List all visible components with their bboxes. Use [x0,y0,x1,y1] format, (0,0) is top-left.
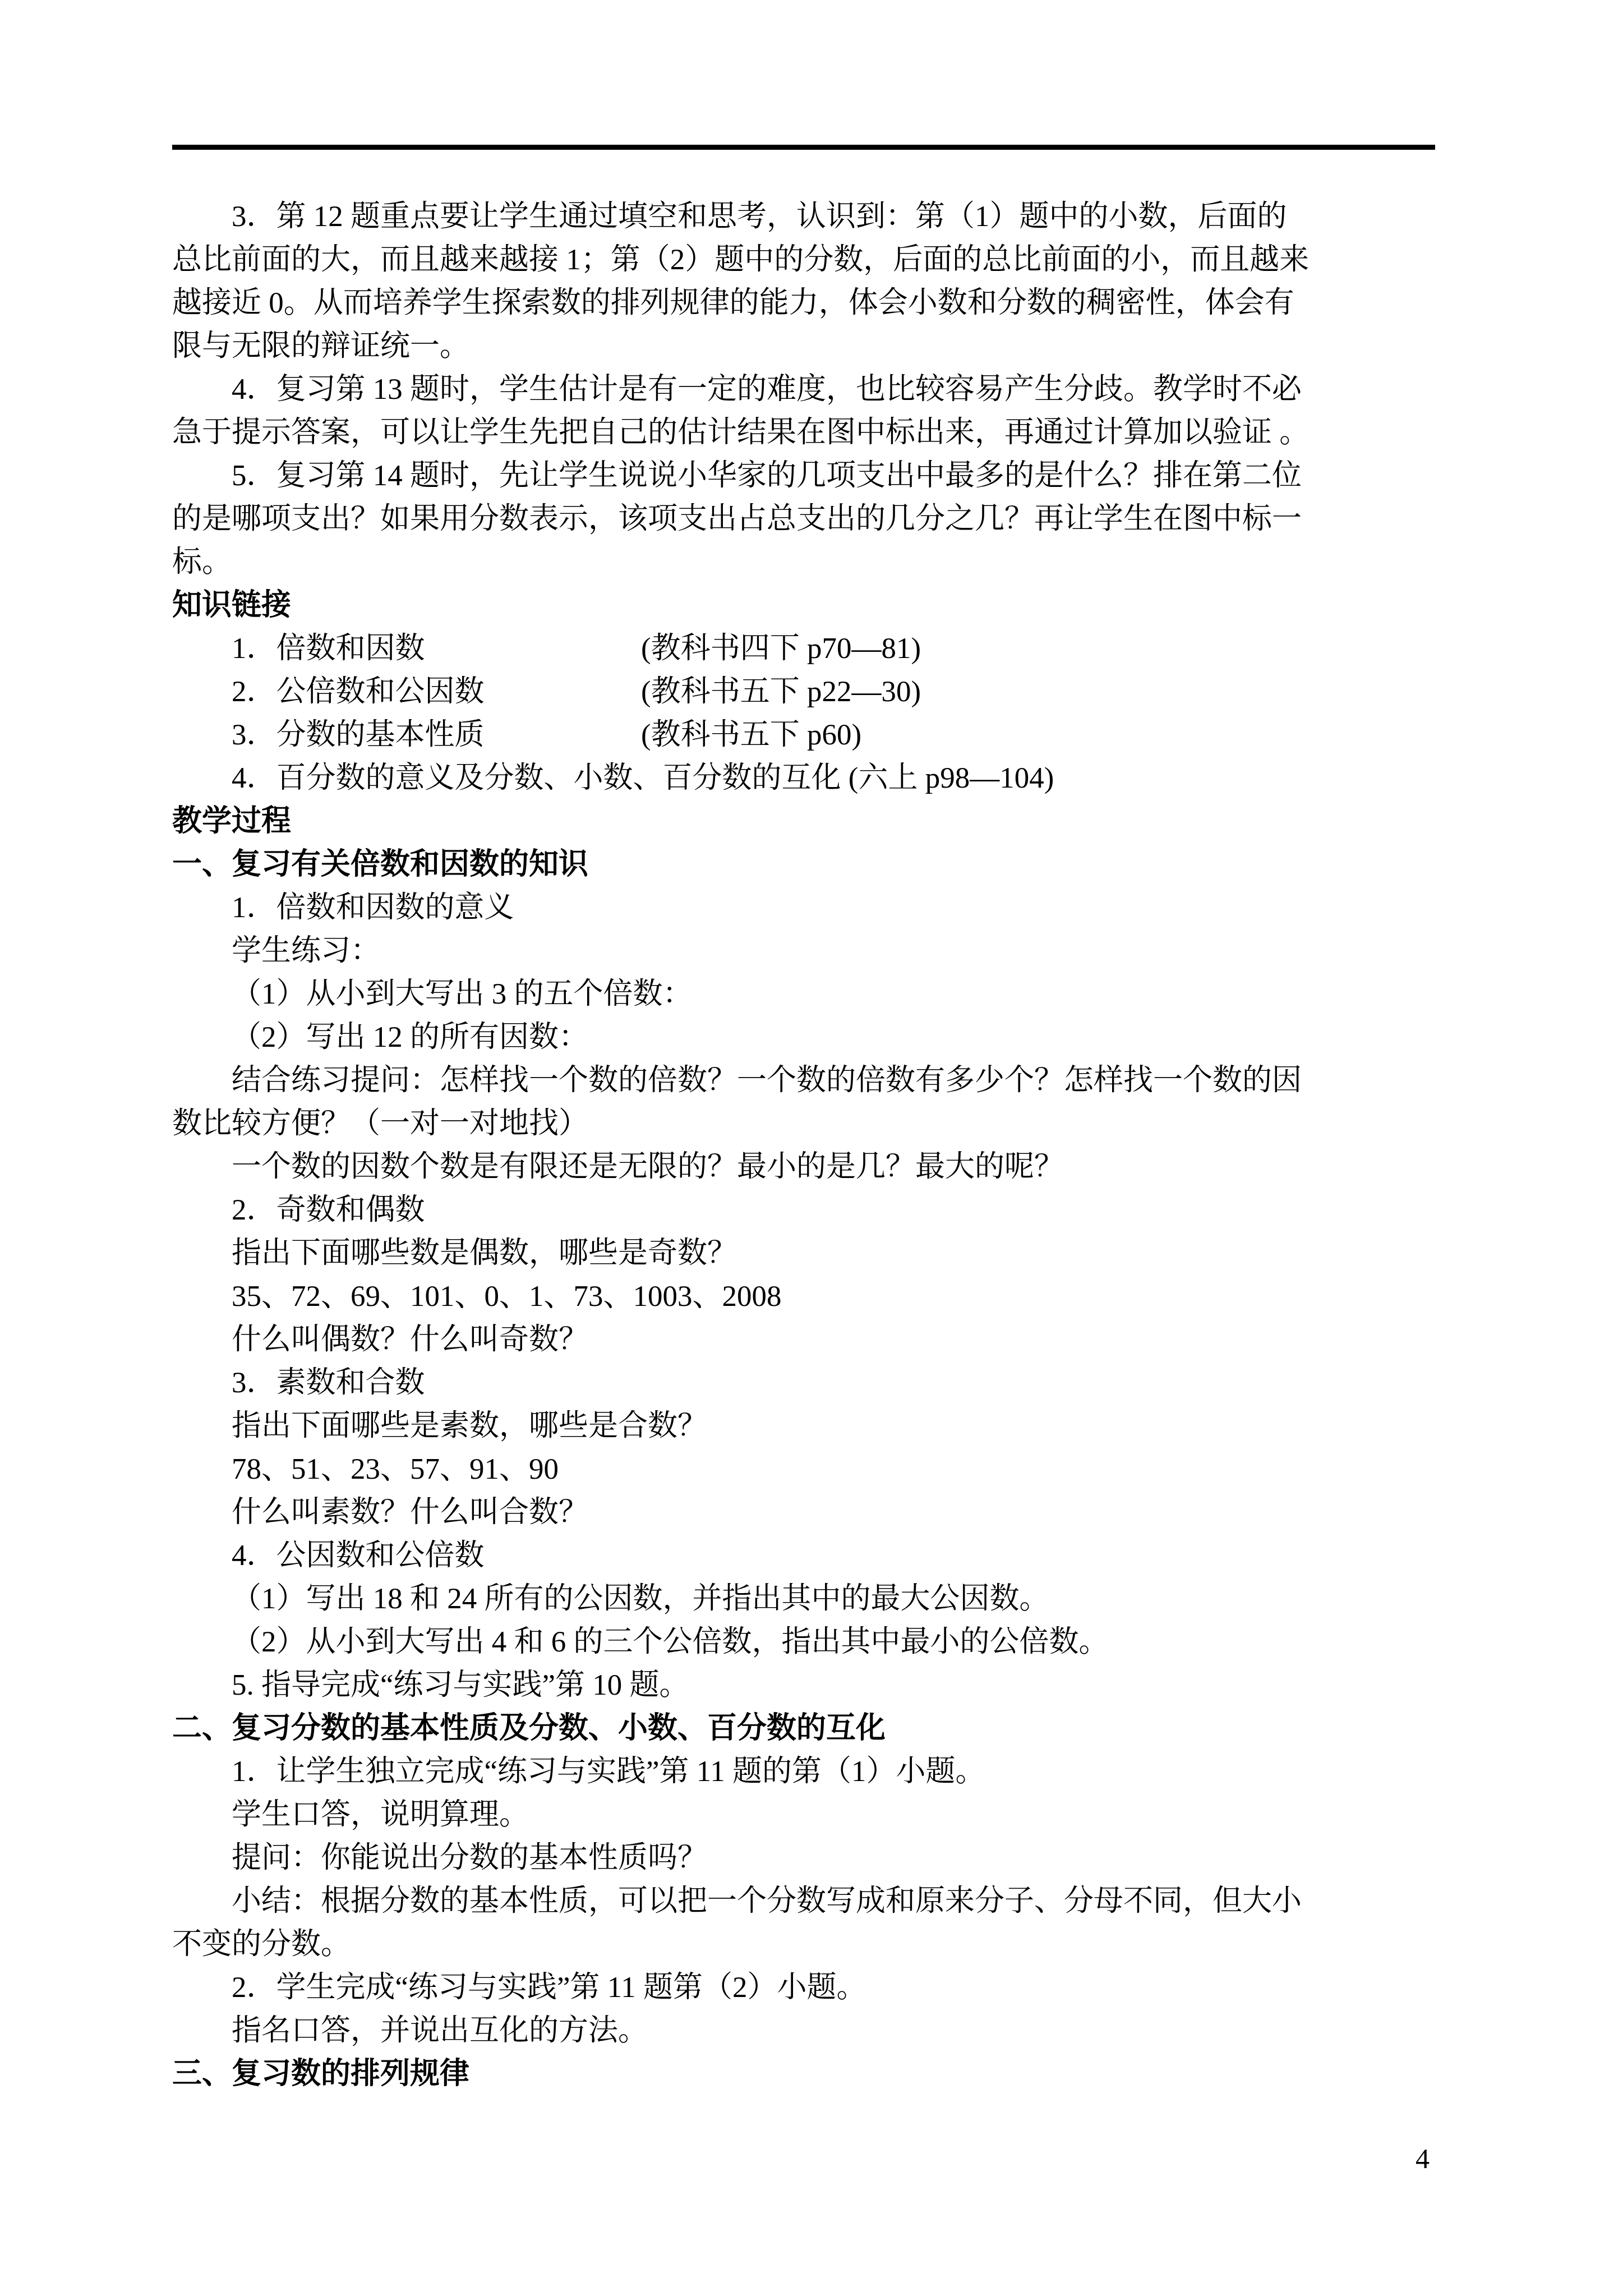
text-line: 学生口答，说明算理。 [172,1793,1435,1837]
text-line: 3．分数的基本性质(教科书五下 p60) [172,714,1435,757]
document-page: 3．第 12 题重点要让学生通过填空和思考，认识到：第（1）题中的小数，后面的总… [0,0,1623,2296]
text-line: 什么叫素数？什么叫合数？ [172,1491,1435,1534]
heading-line: 三、复习数的排列规律 [172,2053,1435,2096]
text-line: 限与无限的辩证统一。 [172,325,1435,368]
link-item-label: 2．公倍数和公因数 [232,670,641,714]
heading-line: 一、复习有关倍数和因数的知识 [172,843,1435,886]
text-line: 4．百分数的意义及分数、小数、百分数的互化 (六上 p98—104) [172,757,1435,800]
text-line: 3．素数和合数 [172,1361,1435,1405]
heading-line: 知识链接 [172,584,1435,627]
link-item-ref: (教科书四下 p70—81) [641,632,921,665]
text-line: （1）写出 18 和 24 所有的公因数，并指出其中的最大公因数。 [172,1577,1435,1621]
text-line: （2）写出 12 的所有因数： [172,1016,1435,1059]
link-item-label: 1．倍数和因数 [232,627,641,670]
text-line: 指名口答，并说出互化的方法。 [172,2009,1435,2053]
text-line: 急于提示答案，可以让学生先把自己的估计结果在图中标出来，再通过计算加以验证 。 [172,411,1435,454]
link-item-ref: (教科书五下 p60) [641,719,861,751]
text-line: 78、51、23、57、91、90 [172,1448,1435,1491]
link-item-label: 3．分数的基本性质 [232,714,641,757]
text-line: 结合练习提问：怎样找一个数的倍数？一个数的倍数有多少个？怎样找一个数的因 [172,1059,1435,1102]
text-line: 35、72、69、101、0、1、73、1003、2008 [172,1275,1435,1318]
text-line: 2．公倍数和公因数(教科书五下 p22—30) [172,670,1435,714]
text-line: （2）从小到大写出 4 和 6 的三个公倍数，指出其中最小的公倍数。 [172,1621,1435,1664]
page-number: 4 [1415,2142,1430,2175]
text-line: 指出下面哪些是素数，哪些是合数？ [172,1405,1435,1448]
text-line: 什么叫偶数？什么叫奇数？ [172,1318,1435,1361]
text-line: 的是哪项支出？如果用分数表示，该项支出占总支出的几分之几？再让学生在图中标一 [172,498,1435,541]
link-item-ref: (教科书五下 p22—30) [641,675,921,708]
text-line: 不变的分数。 [172,1923,1435,1966]
header-rule [172,145,1435,150]
text-line: 3．第 12 题重点要让学生通过填空和思考，认识到：第（1）题中的小数，后面的 [172,195,1435,238]
text-line: 2．奇数和偶数 [172,1189,1435,1232]
text-line: 小结：根据分数的基本性质，可以把一个分数写成和原来分子、分母不同，但大小 [172,1880,1435,1923]
text-line: 5．复习第 14 题时，先让学生说说小华家的几项支出中最多的是什么？排在第二位 [172,454,1435,498]
text-line: 提问：你能说出分数的基本性质吗？ [172,1837,1435,1880]
text-line: 越接近 0。从而培养学生探索数的排列规律的能力，体会小数和分数的稠密性，体会有 [172,282,1435,325]
text-line: 一个数的因数个数是有限还是无限的？最小的是几？最大的呢？ [172,1145,1435,1189]
text-line: 标。 [172,541,1435,584]
text-line: 指出下面哪些数是偶数，哪些是奇数？ [172,1232,1435,1275]
text-line: 1．倍数和因数(教科书四下 p70—81) [172,627,1435,670]
text-line: 2．学生完成“练习与实践”第 11 题第（2）小题。 [172,1966,1435,2009]
content: 3．第 12 题重点要让学生通过填空和思考，认识到：第（1）题中的小数，后面的总… [172,195,1435,2096]
text-line: 总比前面的大，而且越来越接 1；第（2）题中的分数，后面的总比前面的小，而且越来 [172,238,1435,282]
text-line: （1）从小到大写出 3 的五个倍数： [172,973,1435,1016]
text-line: 1．让学生独立完成“练习与实践”第 11 题的第（1）小题。 [172,1750,1435,1793]
text-line: 数比较方便？（一对一对地找） [172,1102,1435,1145]
heading-line: 二、复习分数的基本性质及分数、小数、百分数的互化 [172,1707,1435,1750]
text-line: 1．倍数和因数的意义 [172,886,1435,930]
text-line: 学生练习： [172,930,1435,973]
text-line: 4．复习第 13 题时，学生估计是有一定的难度，也比较容易产生分歧。教学时不必 [172,368,1435,411]
text-line: 5. 指导完成“练习与实践”第 10 题。 [172,1664,1435,1707]
heading-line: 教学过程 [172,800,1435,843]
text-line: 4．公因数和公倍数 [172,1534,1435,1577]
